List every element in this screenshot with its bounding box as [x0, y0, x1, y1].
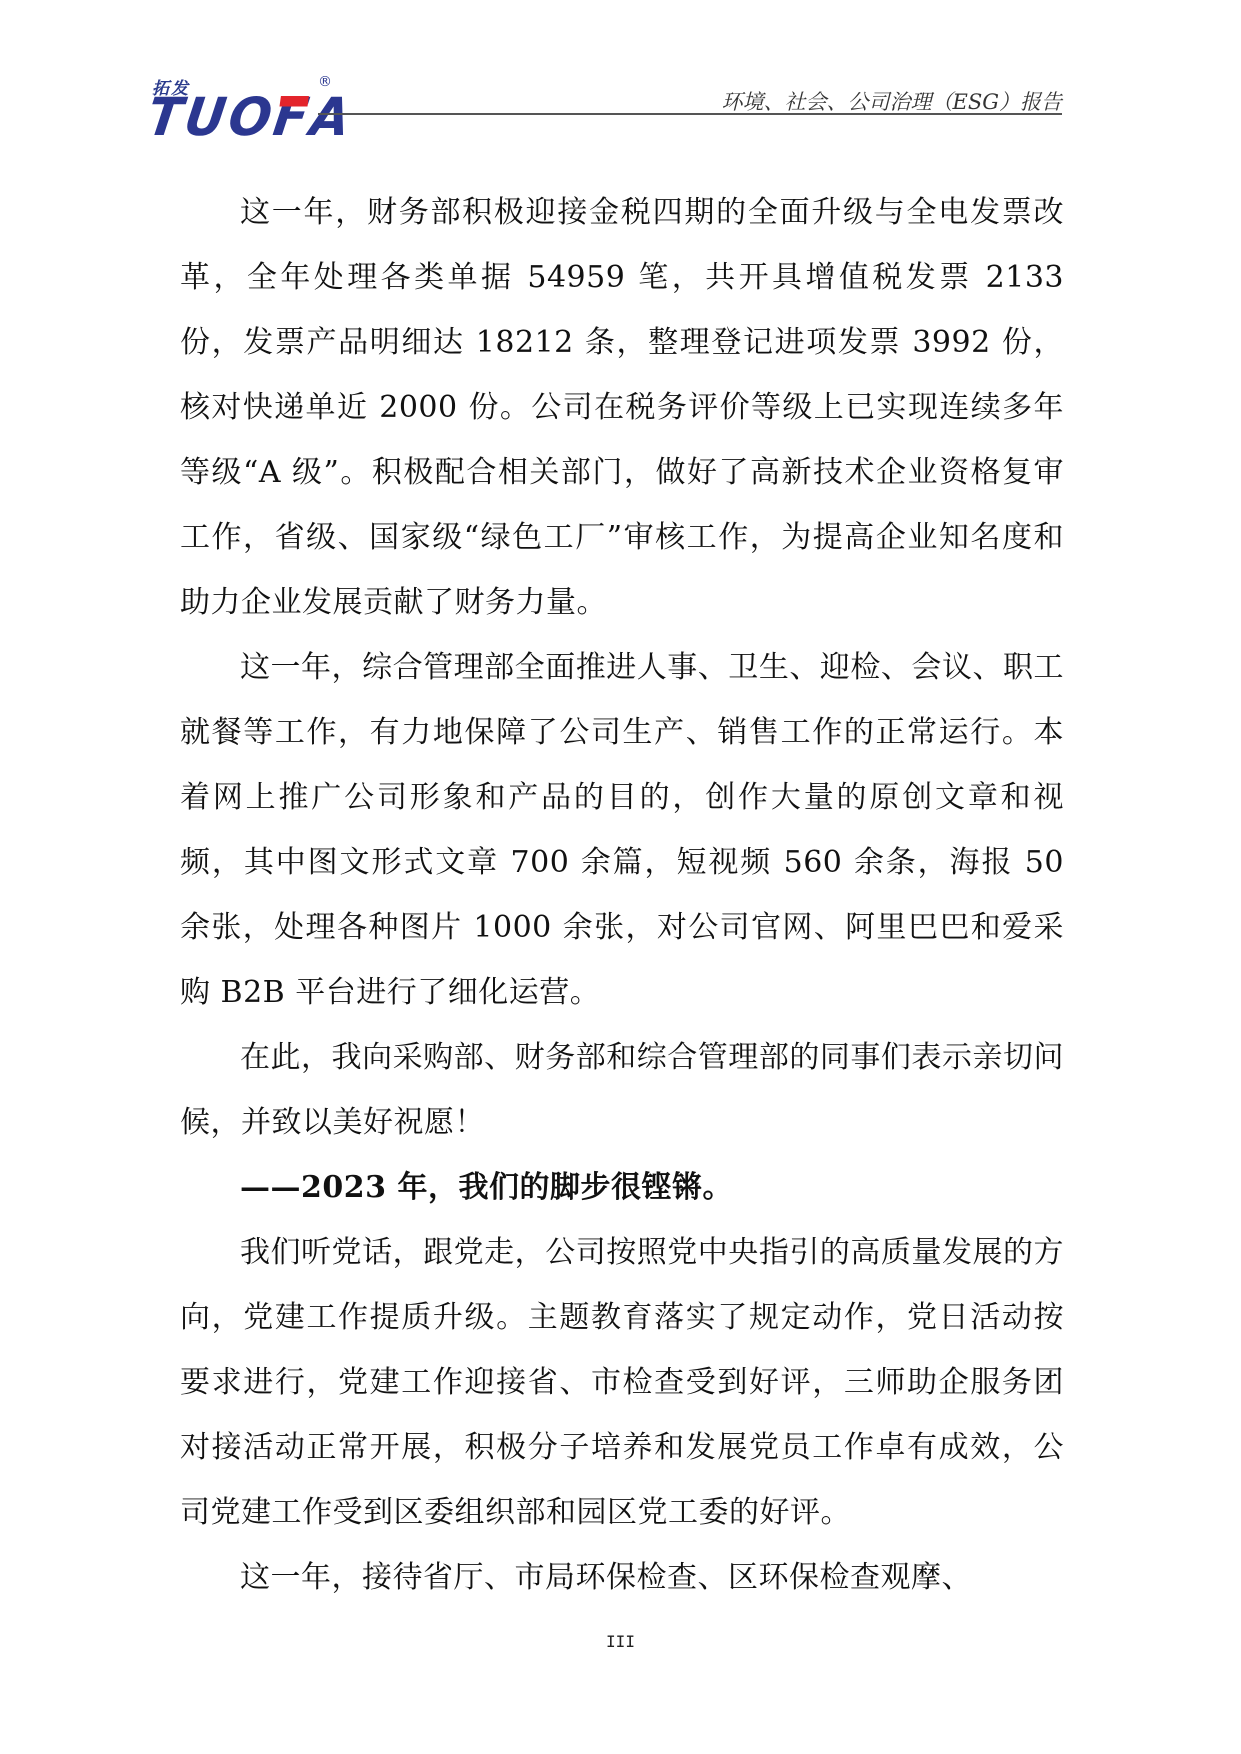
section-heading-2023: ——2023 年，我们的脚步很铿锵。: [180, 1155, 1064, 1220]
paragraph-admin: 这一年，综合管理部全面推进人事、卫生、迎检、会议、职工就餐等工作，有力地保障了公…: [180, 635, 1064, 1025]
paragraph-inspections: 这一年，接待省厅、市局环保检查、区环保检查观摩、: [180, 1545, 1064, 1610]
logo-letter-a: A: [308, 95, 352, 139]
logo-letter-f: F: [271, 95, 310, 139]
logo-letter-t: T: [145, 95, 184, 139]
tuofa-logo: 拓发 T U O F A ®: [148, 72, 328, 144]
logo-letter-o: O: [226, 95, 274, 139]
paragraph-party-building: 我们听党话，跟党走，公司按照党中央指引的高质量发展的方向，党建工作提质升级。主题…: [180, 1220, 1064, 1545]
page-number: III: [0, 1632, 1241, 1651]
paragraph-greetings: 在此，我向采购部、财务部和综合管理部的同事们表示亲切问候，并致以美好祝愿！: [180, 1025, 1064, 1155]
paragraph-finance: 这一年，财务部积极迎接金税四期的全面升级与全电发票改革，全年处理各类单据 549…: [180, 180, 1064, 635]
logo-wordmark: T U O F A: [148, 96, 349, 138]
report-title: 环境、社会、公司治理（ESG）报告: [722, 86, 1063, 116]
page-header: 拓发 T U O F A ® 环境、社会、公司治理（ESG）报告: [0, 0, 1241, 150]
logo-letter-u: U: [182, 95, 228, 139]
document-body: 这一年，财务部积极迎接金税四期的全面升级与全电发票改革，全年处理各类单据 549…: [180, 180, 1064, 1610]
registered-trademark-icon: ®: [318, 74, 332, 90]
